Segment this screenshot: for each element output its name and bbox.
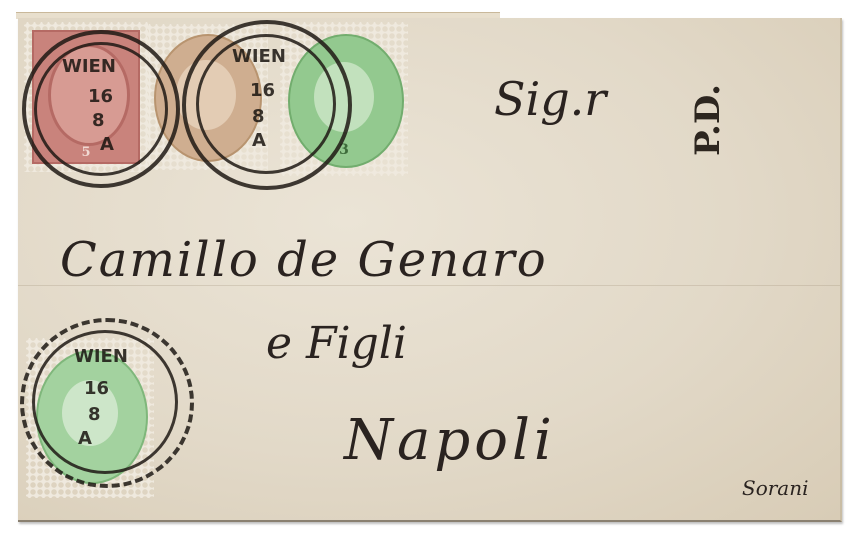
addressee-line2: e Figli xyxy=(266,318,407,369)
pd-handstamp: P.D. xyxy=(688,84,728,156)
city: Napoli xyxy=(344,408,556,473)
addressee-name: Camillo de Genaro xyxy=(60,232,548,288)
salutation: Sig.r xyxy=(494,72,606,126)
signature: Sorani xyxy=(742,476,809,500)
